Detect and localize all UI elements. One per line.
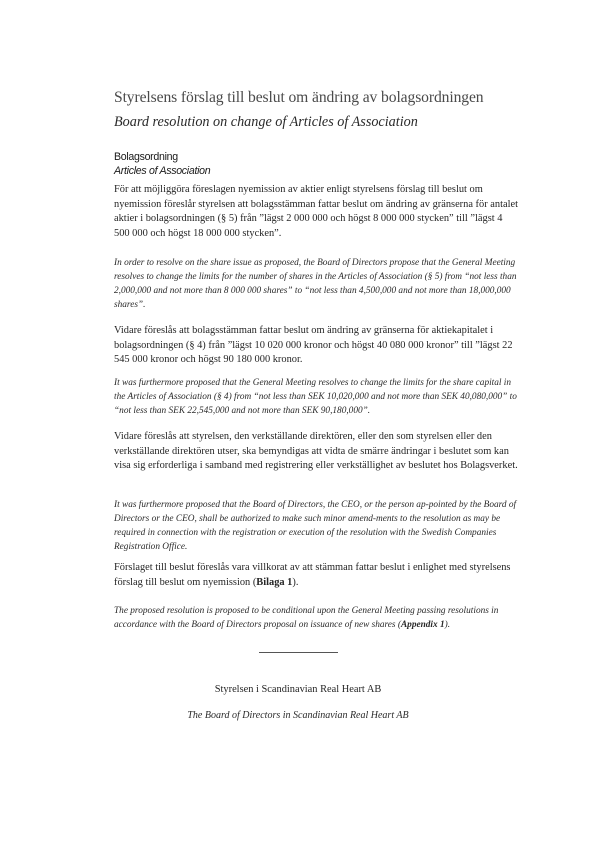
paragraph-share-limits-sv: För att möjliggöra föreslagen nyemission… <box>114 183 520 241</box>
section-heading: Bolagsordning Articles of Association <box>114 150 210 178</box>
section-heading-english: Articles of Association <box>114 164 210 178</box>
paragraph-share-limits-en: In order to resolve on the share issue a… <box>114 256 520 312</box>
signature-swedish: Styrelsen i Scandinavian Real Heart AB <box>0 684 596 695</box>
condition-sv-text-before: Förslaget till beslut föreslås vara vill… <box>114 562 510 588</box>
condition-sv-text-after: ). <box>292 577 298 588</box>
signature-divider <box>259 652 338 653</box>
signature-english: The Board of Directors in Scandinavian R… <box>0 710 596 721</box>
appendix-reference-sv: Bilaga 1 <box>256 577 292 588</box>
paragraph-condition-sv: Förslaget till beslut föreslås vara vill… <box>114 561 520 590</box>
document-title-swedish: Styrelsens förslag till beslut om ändrin… <box>114 89 534 107</box>
paragraph-capital-limits-en: It was furthermore proposed that the Gen… <box>114 376 520 418</box>
appendix-reference-en: Appendix 1 <box>401 620 445 630</box>
paragraph-capital-limits-sv: Vidare föreslås att bolagsstämman fattar… <box>114 324 520 368</box>
document-title-english: Board resolution on change of Articles o… <box>114 114 418 131</box>
paragraph-condition-en: The proposed resolution is proposed to b… <box>114 604 520 632</box>
section-heading-swedish: Bolagsordning <box>114 150 210 164</box>
paragraph-authorization-en: It was furthermore proposed that the Boa… <box>114 498 520 554</box>
condition-en-text-after: ). <box>445 620 450 630</box>
paragraph-authorization-sv: Vidare föreslås att styrelsen, den verks… <box>114 430 520 474</box>
